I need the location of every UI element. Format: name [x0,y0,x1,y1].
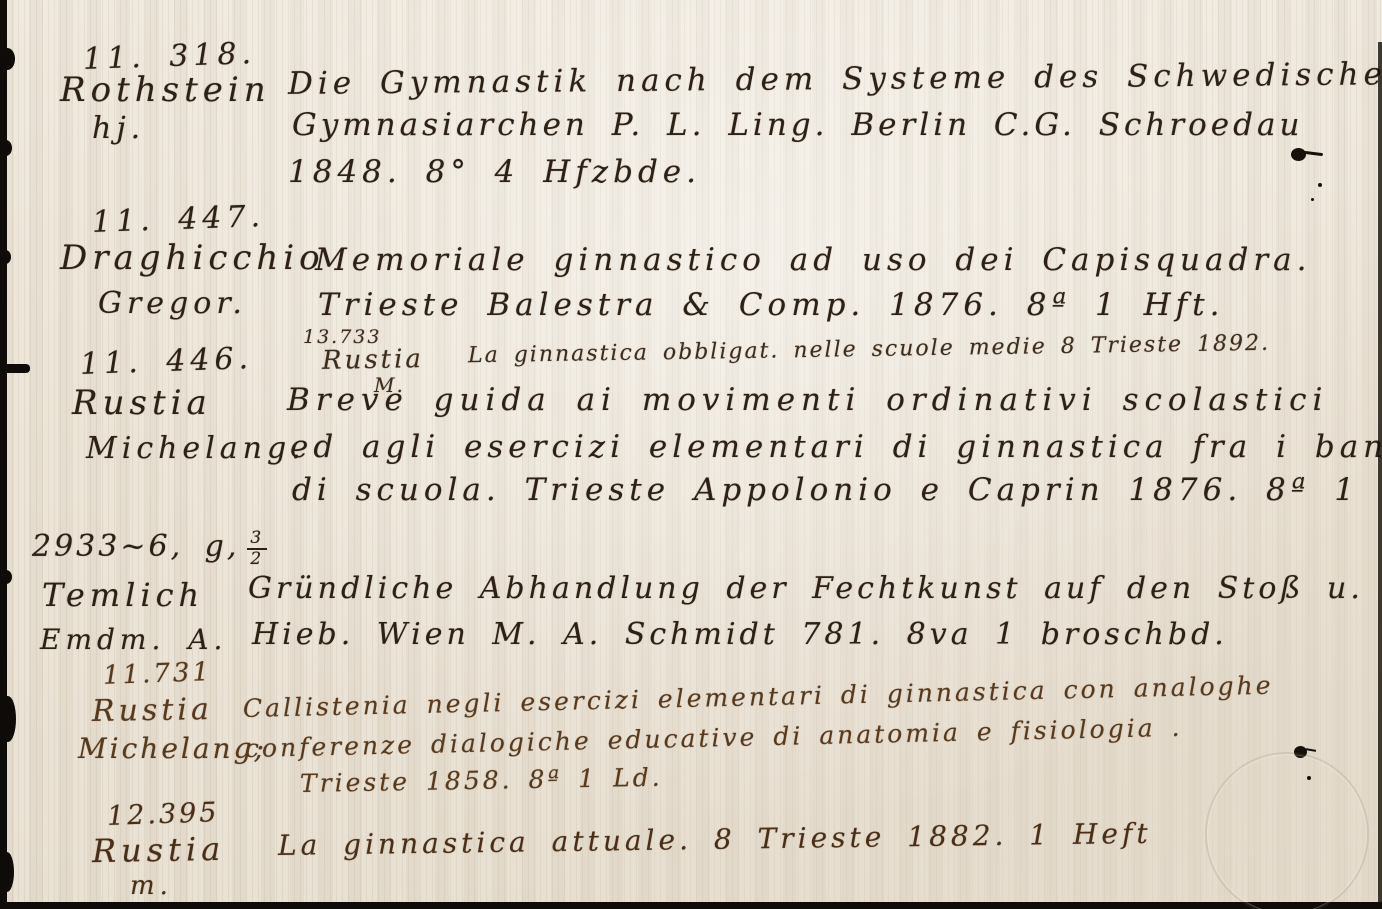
author-initials: Gregor. [98,287,247,320]
author-name: Rustia [92,693,213,728]
entry-line: Gründliche Abhandlung der Fechtkunst auf… [248,572,1364,605]
ink-blot-tail [1306,748,1316,752]
entry-line: conferenze dialogiche educative di anato… [245,714,1183,763]
entry-line: 1848. 8° 4 Hfzbde. [288,155,701,189]
entry-line: di scuola. Trieste Appolonio e Caprin 18… [292,473,1382,507]
author-initials: hj. [92,112,145,145]
author-initials: Michelang. [86,432,306,465]
margin-dash-mark [0,364,30,373]
shelfmark-fraction: 32 [247,530,267,568]
scan-edge-right [1378,42,1382,909]
entry-line: Die Gymnastik nach dem Systeme des Schwe… [288,57,1382,101]
author-name: Rothstein [60,72,271,109]
author-name: Rustia [322,345,424,375]
author-initials: Michelang; [78,734,267,765]
entry-line: Hieb. Wien M. A. Schmidt 781. 8va 1 bros… [252,618,1228,651]
shelfmark: 11. 446. [79,342,253,381]
scan-edge-notch [0,570,12,584]
author-initials: Emdm. A. [40,625,227,656]
scan-edge-notch [0,48,15,70]
ink-speck [1318,183,1322,187]
scan-edge-bottom [0,902,1382,909]
shelfmark: 11. 447. [91,200,265,239]
author-name: Rustia [72,385,212,422]
author-name: Rustia [92,832,226,870]
shelfmark: 12.395 [107,798,220,832]
entry-line: Gymnasiarchen P. L. Ling. Berlin C.G. Sc… [292,108,1303,142]
scan-edge-notch [0,696,16,742]
entry-line: Memoriale ginnastico ad uso dei Capisqua… [315,243,1312,277]
entry-line: Trieste 1858. 8ª 1 Ld. [300,764,663,798]
shelfmark: 11.731 [103,658,213,690]
fraction-denominator: 2 [250,550,264,568]
scan-edge-left [0,0,7,909]
shelfmark-text: 2933~6, g, [32,529,239,564]
shelfmark: 2933~6, g,32 [32,530,267,568]
ink-blot-tail [1304,151,1323,156]
entry-line: La ginnastica obbligat. nelle scuole med… [468,332,1270,369]
ink-blot [1291,148,1306,161]
fraction-numerator: 3 [247,530,267,550]
entry-line: La ginnastica attuale. 8 Trieste 1882. 1… [278,819,1152,862]
author-name: Draghicchio [60,240,325,277]
author-initials: m. [130,872,173,901]
entry-line: Trieste Balestra & Comp. 1876. 8ª 1 Hft. [318,288,1224,322]
ink-speck [1311,198,1314,201]
blind-stamp-circle [1205,752,1369,909]
author-name: Temlich [42,578,204,613]
entry-line: ed agli esercizi elementari di ginnastic… [290,430,1382,464]
scan-edge-notch [0,140,12,156]
entry-line: Breve guida ai movimenti ordinativi scol… [287,383,1328,417]
scan-edge-notch [0,250,11,264]
manuscript-page: 11. 318. Rothstein hj. Die Gymnastik nac… [0,0,1382,909]
scan-edge-notch [0,852,14,892]
